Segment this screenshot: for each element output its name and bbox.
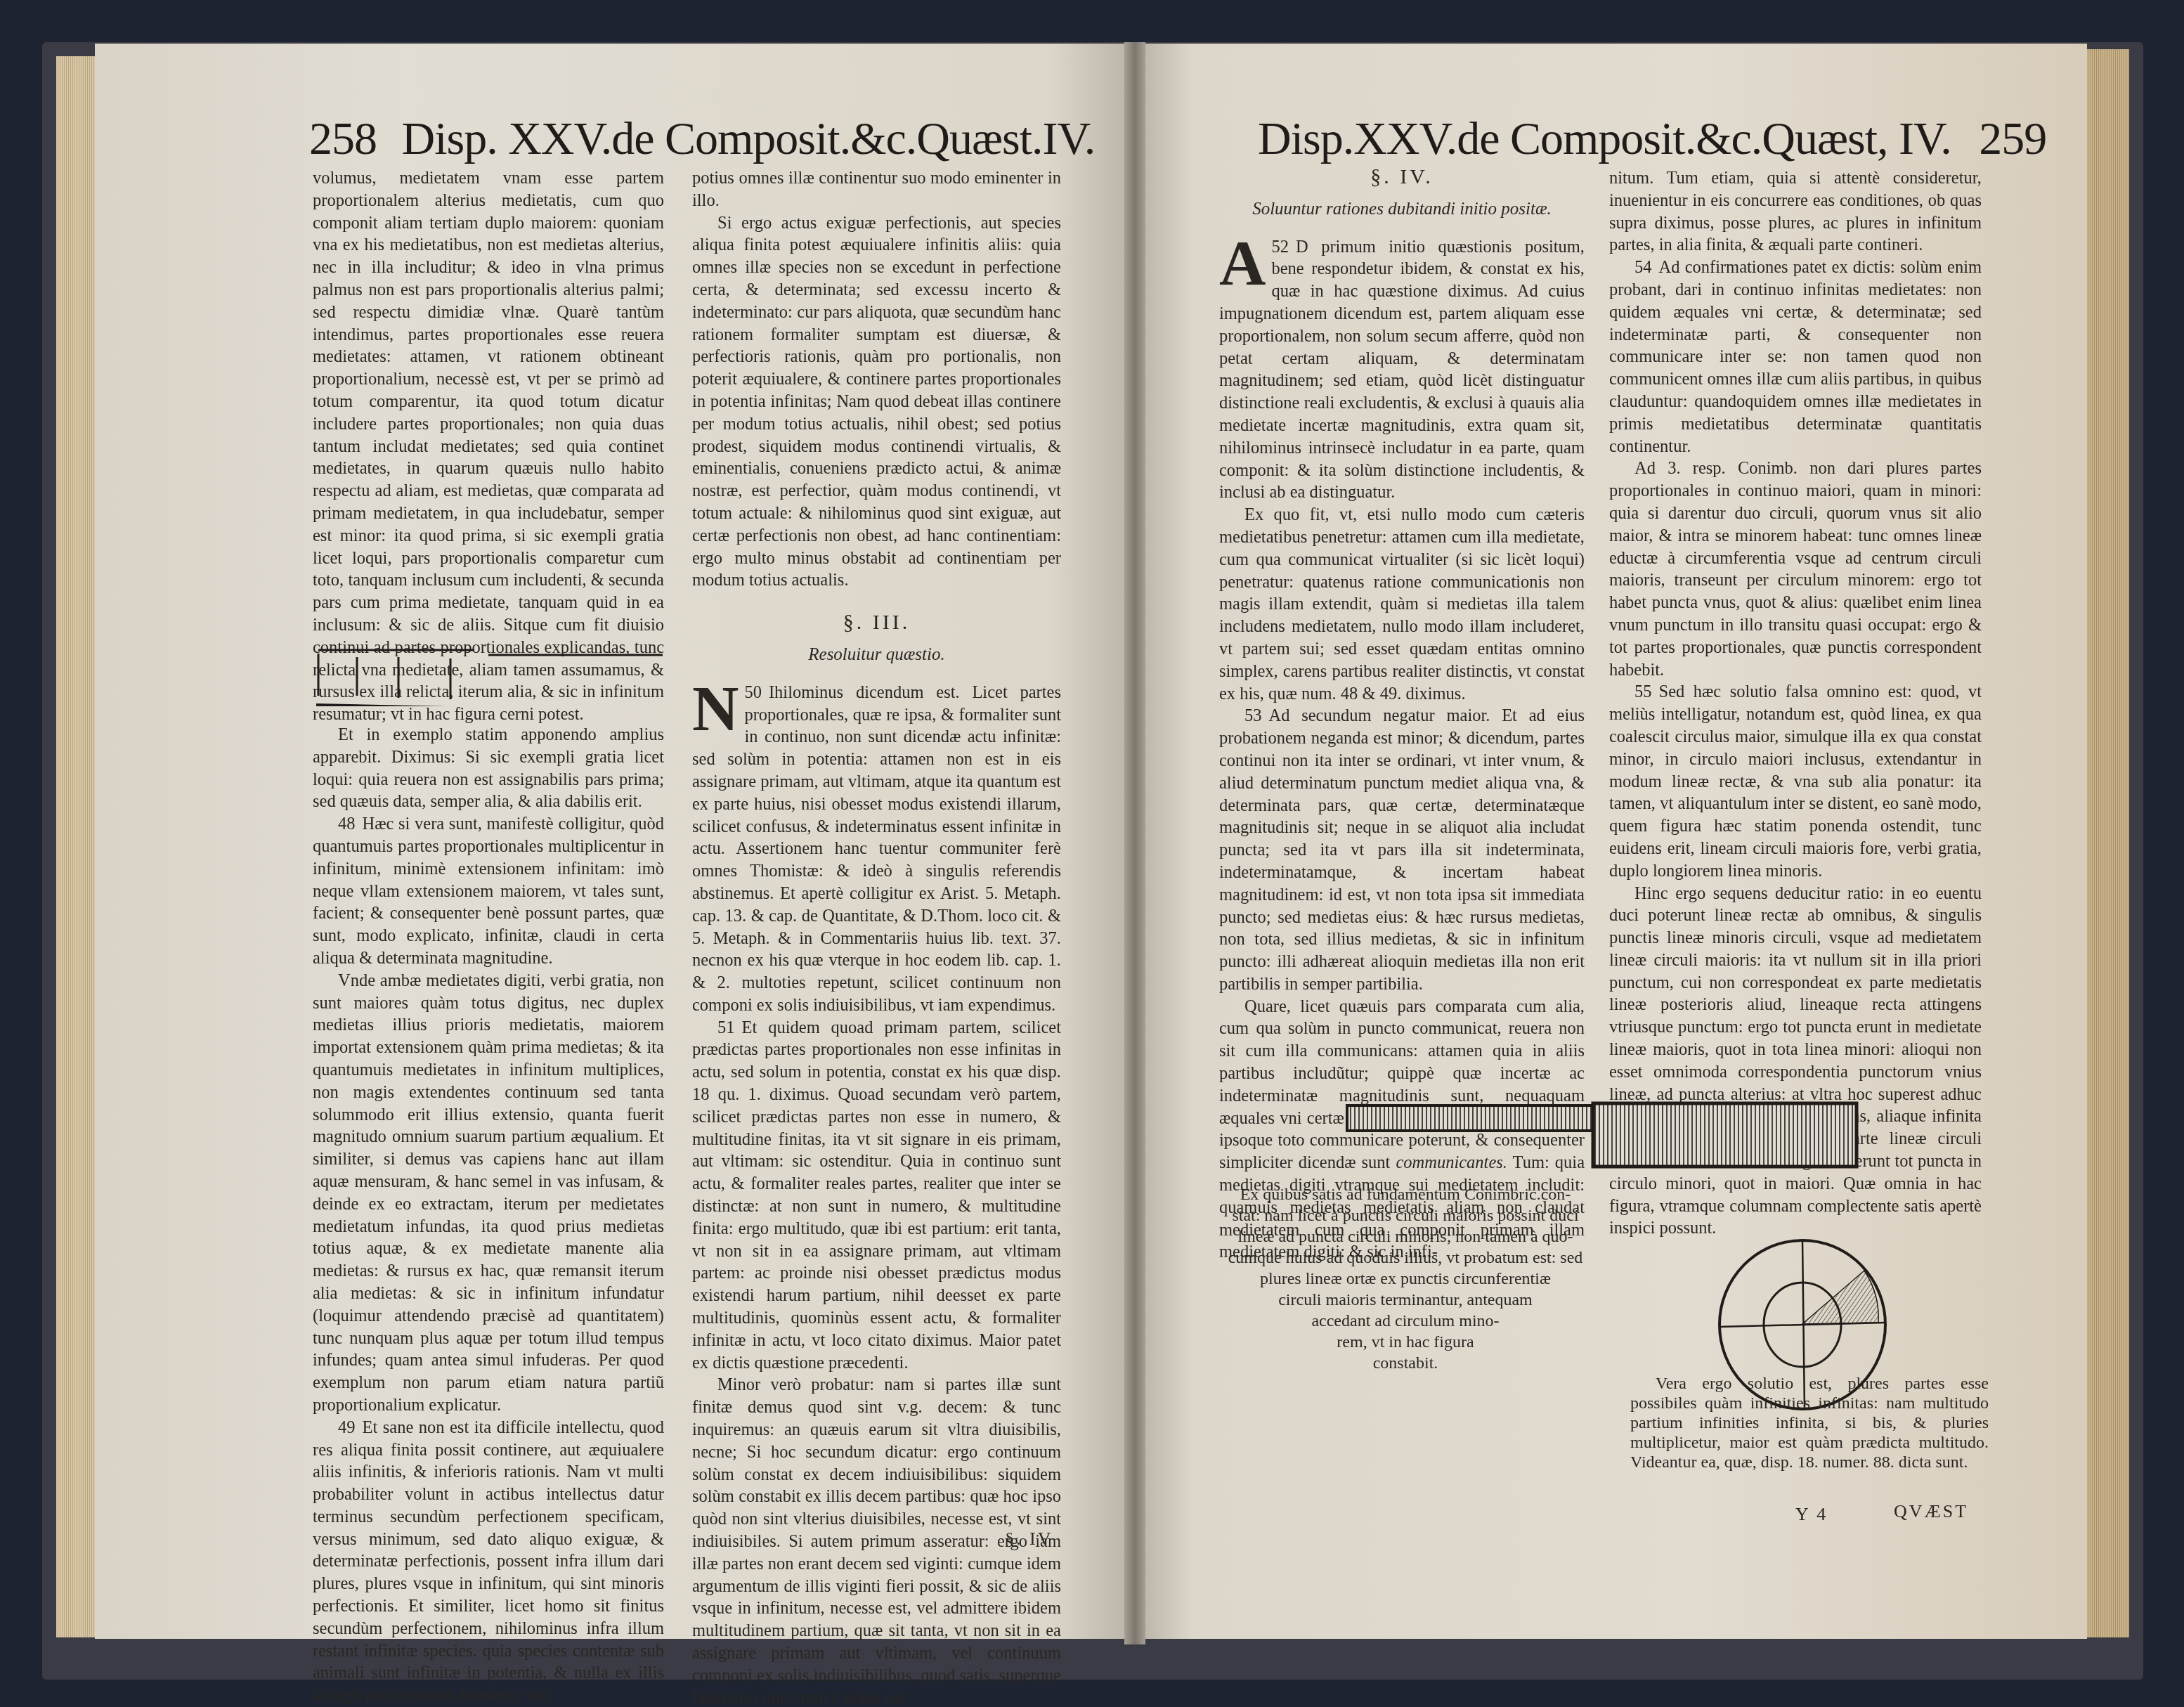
section-heading: §. IV. — [1219, 166, 1585, 188]
book-gutter — [1124, 42, 1145, 1644]
paragraph-number: 51 — [717, 1018, 735, 1037]
paragraph: Et in exemplo statim apponendo amplius a… — [313, 724, 664, 813]
page-edges-right — [2080, 49, 2129, 1637]
extended-circle-lines-figure — [1346, 1100, 1859, 1177]
section-subtitle: Soluuntur rationes dubitandi initio posi… — [1219, 198, 1585, 221]
caption-line: Ex quibus satis ad fundamentum Conimbric… — [1216, 1184, 1595, 1205]
paragraph: Ad 3. resp. Conimb. non dari plures part… — [1609, 457, 1982, 681]
right-head-title: Disp.XXV.de Composit.&c.Quæst, IV. — [1258, 113, 1951, 164]
catchword: §. IV — [1005, 1528, 1053, 1550]
caption-line: plures lineæ ortæ ex punctis circunferen… — [1216, 1268, 1595, 1290]
left-running-head: 258 Disp. XXV.de Composit.&c.Quæst.IV. — [309, 112, 1095, 166]
caption-line: accedant ad circulum mino- — [1216, 1311, 1595, 1332]
left-page-number: 258 — [309, 113, 377, 164]
paragraph-number: 52 — [1271, 238, 1289, 257]
left-page-column-1-lower: Et in exemplo statim apponendo amplius a… — [313, 724, 664, 1707]
paragraph: Ad secundum negatur maior. Et ad eius pr… — [1219, 706, 1585, 994]
signature-mark: Y 4 — [1795, 1504, 1828, 1525]
paragraph: nitum. Tum etiam, quia si attentè consid… — [1609, 167, 1982, 257]
caption-line: rem, vt in hac figura — [1216, 1332, 1595, 1353]
caption-line: constabit. — [1216, 1353, 1595, 1374]
paragraph-number: 48 — [338, 814, 356, 833]
right-page-number: 259 — [1979, 113, 2046, 164]
paragraph-number: 49 — [338, 1418, 356, 1437]
paragraph-number: 50 — [744, 683, 762, 702]
paragraph: Hæc si vera sunt, manifestè colligitur, … — [313, 814, 664, 968]
paragraph-number: 55 — [1634, 682, 1652, 701]
figure-caption-right: Vera ergo solutio est, plures partes ess… — [1630, 1374, 1989, 1472]
section-heading: §. III. — [692, 611, 1061, 634]
paragraph: Ihilominus dicendum est. Licet partes pr… — [692, 683, 1061, 1015]
paragraph: Et quidem quoad primam partem, scilicet … — [692, 1018, 1061, 1372]
paragraph: Vnde ambæ medietates digiti, verbi grati… — [313, 970, 664, 1417]
drop-cap: N — [692, 683, 739, 734]
paragraph-number: 54 — [1634, 258, 1652, 277]
right-page-column-1: §. IV. Soluuntur rationes dubitandi init… — [1219, 163, 1585, 1264]
paragraph: Vera ergo solutio est, plures partes ess… — [1630, 1374, 1989, 1472]
proportional-parts-figure — [313, 629, 664, 706]
paragraph: Ad confirmationes patet ex dictis: solùm… — [1609, 258, 1982, 455]
page-edges-left — [56, 56, 98, 1637]
drop-cap: A — [1219, 238, 1266, 288]
paragraph-number: 53 — [1244, 706, 1262, 725]
caption-line: lineæ ad puncta circuli minoris; non tam… — [1216, 1226, 1595, 1247]
paragraph: Sed hæc solutio falsa omnino est: quod, … — [1609, 682, 1982, 880]
paragraph: Si ergo actus exiguæ perfectionis, aut s… — [692, 212, 1061, 592]
caption-line: circuli maioris terminantur, antequam — [1216, 1290, 1595, 1311]
right-page-column-2: nitum. Tum etiam, quia si attentè consid… — [1609, 167, 1982, 1240]
catchword: QVÆST — [1894, 1501, 1968, 1522]
figure-caption-left: Ex quibus satis ad fundamentum Conimbric… — [1216, 1184, 1595, 1374]
paragraph: D primum initio quæstionis positum, bene… — [1219, 238, 1585, 502]
caption-line: stat: nam licet à punctis circuli maiori… — [1216, 1205, 1595, 1226]
caption-line: cumque huius ad quoduis illius, vt proba… — [1216, 1247, 1595, 1268]
paragraph: Ex quo fit, vt, etsi nullo modo cum cæte… — [1219, 504, 1585, 705]
right-running-head: Disp.XXV.de Composit.&c.Quæst, IV. 259 — [1258, 112, 2046, 166]
left-page-column-2: potius omnes illæ continentur suo modo e… — [692, 167, 1061, 1707]
section-subtitle: Resoluitur quæstio. — [692, 644, 1061, 666]
paragraph: potius omnes illæ continentur suo modo e… — [692, 167, 1061, 212]
left-head-title: Disp. XXV.de Composit.&c.Quæst.IV. — [402, 113, 1096, 164]
paragraph: Et sane non est ita difficile intellectu… — [313, 1418, 664, 1706]
paragraph: Hinc ergo sequens deducitur ratio: in eo… — [1609, 883, 1982, 1240]
